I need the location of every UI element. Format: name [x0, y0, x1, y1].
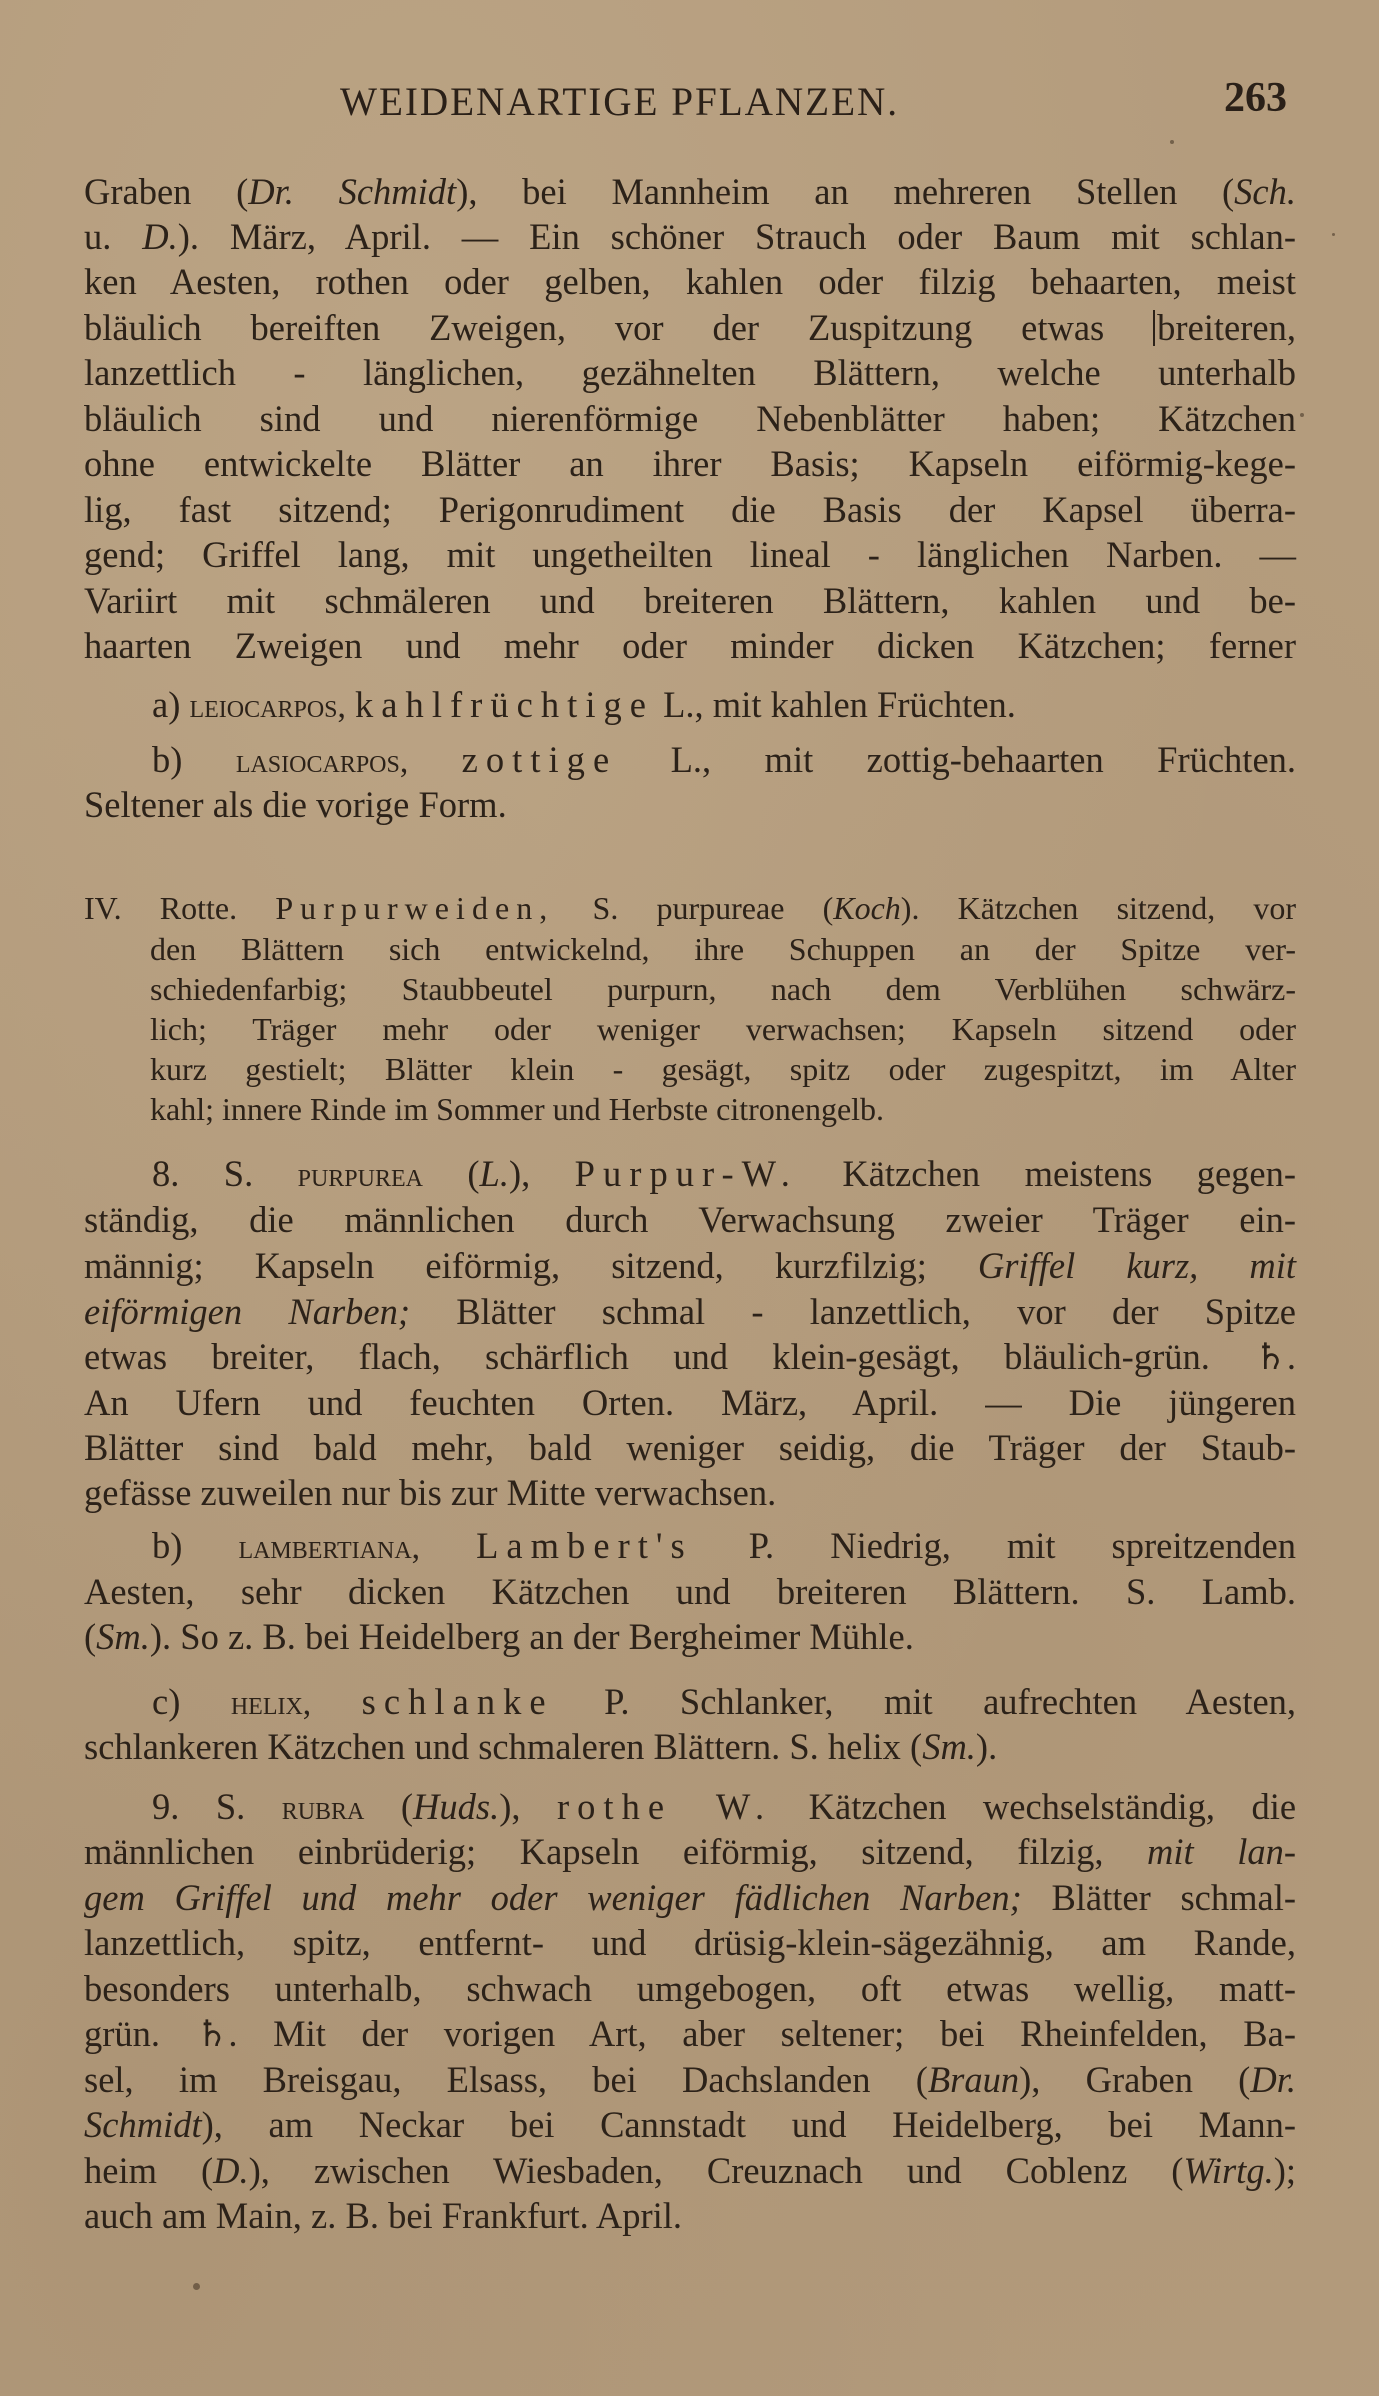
- variety-c-helix: c) helix, schlanke P. Schlanker, mit auf…: [152, 1680, 1296, 1726]
- paper-speck: [1300, 413, 1304, 417]
- text-line: sel, im Breisgau, Elsass, bei Dachslande…: [84, 2058, 1296, 2102]
- text-line: ken Aesten, rothen oder gelben, kahlen o…: [84, 260, 1296, 304]
- text-line: An Ufern und feuchten Orten. März, April…: [84, 1381, 1296, 1425]
- text-line: schlankeren Kätzchen und schmaleren Blät…: [84, 1725, 1284, 1769]
- text-line: männlichen einbrüderig; Kapseln eiförmig…: [84, 1830, 1296, 1874]
- text-line: ohne entwickelte Blätter an ihrer Basis;…: [84, 442, 1296, 486]
- text-line: Aesten, sehr dicken Kätzchen und breiter…: [84, 1570, 1296, 1614]
- text-line: bläulich bereiften Zweigen, vor der Zusp…: [84, 306, 1296, 350]
- text-line: gefässe zuweilen nur bis zur Mitte verwa…: [84, 1471, 1296, 1515]
- margin-rule-mark: [1153, 310, 1155, 346]
- text-line: bläulich sind und nierenförmige Nebenblä…: [84, 397, 1296, 441]
- text-line: lig, fast sitzend; Perigonrudiment die B…: [84, 488, 1296, 532]
- text-line: schiedenfarbig; Staubbeutel purpurn, nac…: [150, 969, 1296, 1009]
- species-heading-line: 8. S. purpurea (L.), Purpur-W. Kätzchen …: [152, 1152, 1296, 1198]
- text-line: haarten Zweigen und mehr oder minder dic…: [84, 624, 1296, 668]
- text-line: ständig, die männlichen durch Verwachsun…: [84, 1198, 1296, 1242]
- text-line: kahl; innere Rinde im Sommer und Herbste…: [150, 1089, 1296, 1129]
- text-line: lich; Träger mehr oder weniger verwachse…: [150, 1009, 1296, 1049]
- text-line: gem Griffel und mehr oder weniger fädlic…: [84, 1876, 1296, 1920]
- text-line: grün. ♄. Mit der vorigen Art, aber selte…: [84, 2012, 1296, 2056]
- text-line: Seltener als die vorige Form.: [84, 783, 1296, 827]
- text-line: eiförmigen Narben; Blätter schmal - lanz…: [84, 1290, 1296, 1334]
- book-page: WEIDENARTIGE PFLANZEN. 263 Graben (Dr. S…: [0, 0, 1379, 2396]
- text-line: Graben (Dr. Schmidt), bei Mannheim an me…: [84, 170, 1296, 214]
- variety-b-lambertiana: b) lambertiana, Lambert's P. Niedrig, mi…: [152, 1524, 1296, 1570]
- text-line: lanzettlich - länglichen, gezähnelten Bl…: [84, 351, 1296, 395]
- text-line: lanzettlich, spitz, entfernt- und drüsig…: [84, 1921, 1296, 1965]
- section-heading-line: IV. Rotte. Purpurweiden, S. purpureae (K…: [84, 888, 1296, 928]
- text-line: besonders unterhalb, schwach umgebogen, …: [84, 1967, 1296, 2011]
- text-line: Variirt mit schmäleren und breiteren Blä…: [84, 579, 1296, 623]
- variety-a-entry: a) leiocarpos, kahlfrüchtige L., mit kah…: [152, 683, 1262, 729]
- page-number: 263: [1224, 74, 1287, 122]
- variety-b-entry: b) lasiocarpos, zottige L., mit zottig-b…: [152, 738, 1296, 784]
- running-head-title: WEIDENARTIGE PFLANZEN.: [340, 78, 899, 125]
- paper-speck: [193, 2283, 200, 2290]
- text-line: u. D.). März, April. — Ein schöner Strau…: [84, 215, 1296, 259]
- text-line: etwas breiter, flach, schärflich und kle…: [84, 1335, 1296, 1379]
- text-line: Blätter sind bald mehr, bald weniger sei…: [84, 1426, 1296, 1470]
- text-line: männig; Kapseln eiförmig, sitzend, kurzf…: [84, 1244, 1296, 1288]
- paper-speck: [1170, 140, 1174, 144]
- text-line: gend; Griffel lang, mit ungetheilten lin…: [84, 533, 1296, 577]
- paper-speck: [1332, 233, 1335, 236]
- species-heading-line: 9. S. rubra (Huds.), rothe W. Kätzchen w…: [152, 1785, 1296, 1831]
- text-line: auch am Main, z. B. bei Frankfurt. April…: [84, 2194, 1296, 2238]
- text-line: Schmidt), am Neckar bei Cannstadt und He…: [84, 2103, 1296, 2147]
- text-line: den Blättern sich entwickelnd, ihre Schu…: [150, 929, 1296, 969]
- text-line: kurz gestielt; Blätter klein - gesägt, s…: [150, 1049, 1296, 1089]
- text-line: (Sm.). So z. B. bei Heidelberg an der Be…: [84, 1615, 1296, 1659]
- text-line: heim (D.), zwischen Wiesbaden, Creuznach…: [84, 2149, 1296, 2193]
